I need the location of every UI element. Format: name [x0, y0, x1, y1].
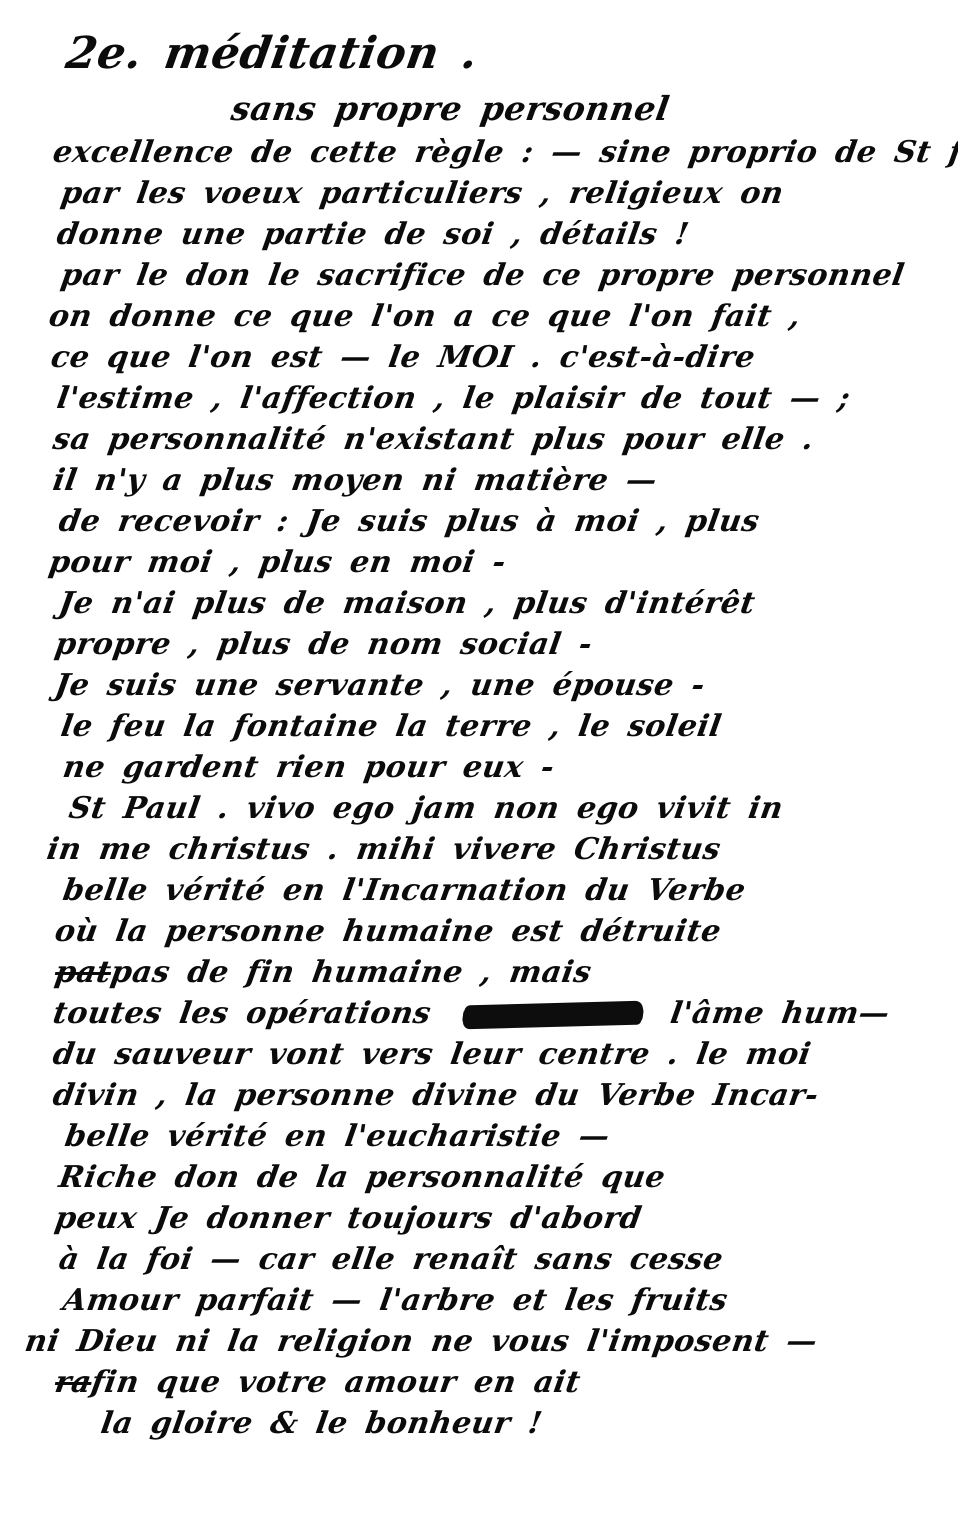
manuscript-line: peux Je donner toujours d'abord: [52, 1198, 958, 1239]
manuscript-line: Je n'ai plus de maison , plus d'intérêt: [56, 583, 958, 624]
manuscript-line: ni Dieu ni la religion ne vous l'imposen…: [22, 1321, 958, 1362]
ink-scribble-strikethrough: [461, 1003, 644, 1028]
manuscript-line: on donne ce que l'on a ce que l'on fait …: [46, 296, 958, 337]
manuscript-line: in me christus . mihi vivere Christus: [44, 829, 958, 870]
manuscript-line: ce que l'on est — le MOI . c'est-à-dire: [48, 337, 958, 378]
manuscript-line: rafin que votre amour en ait: [52, 1362, 958, 1403]
manuscript-line: de recevoir : Je suis plus à moi , plus: [56, 501, 958, 542]
title-line: 2e. méditation .: [62, 26, 958, 82]
manuscript-line: toutes les opérations l'âme hum—: [50, 993, 958, 1034]
manuscript-line: belle vérité en l'Incarnation du Verbe: [60, 870, 958, 911]
manuscript-line: propre , plus de nom social -: [52, 624, 958, 665]
manuscript-line: pour moi , plus en moi -: [46, 542, 958, 583]
manuscript-text-block: 2e. méditation .sans propre personnelexc…: [0, 26, 958, 1444]
manuscript-line: ne gardent rien pour eux -: [60, 747, 958, 788]
manuscript-line: du sauveur vont vers leur centre . le mo…: [50, 1034, 958, 1075]
manuscript-line: Riche don de la personnalité que: [56, 1157, 958, 1198]
struck-word: ra: [52, 1365, 94, 1400]
manuscript-line: St Paul . vivo ego jam non ego vivit in: [66, 788, 958, 829]
manuscript-line: par les voeux particuliers , religieux o…: [58, 173, 958, 214]
struck-word: pat: [52, 955, 113, 990]
manuscript-line: la gloire & le bonheur !: [98, 1403, 958, 1444]
subtitle-line: sans propre personnel: [228, 86, 958, 132]
manuscript-line: par le don le sacrifice de ce propre per…: [58, 255, 958, 296]
manuscript-line: Amour parfait — l'arbre et les fruits: [60, 1280, 958, 1321]
manuscript-line: l'estime , l'affection , le plaisir de t…: [54, 378, 958, 419]
manuscript-line: le feu la fontaine la terre , le soleil: [58, 706, 958, 747]
manuscript-line: belle vérité en l'eucharistie —: [62, 1116, 958, 1157]
manuscript-line: patpas de fin humaine , mais: [52, 952, 958, 993]
manuscript-line: Je suis une servante , une épouse -: [52, 665, 958, 706]
manuscript-line: excellence de cette règle : — sine propr…: [50, 132, 958, 173]
manuscript-line: il n'y a plus moyen ni matière —: [50, 460, 958, 501]
manuscript-page: 2e. méditation .sans propre personnelexc…: [0, 0, 958, 1527]
manuscript-line: divin , la personne divine du Verbe Inca…: [50, 1075, 958, 1116]
manuscript-line: où la personne humaine est détruite: [52, 911, 958, 952]
manuscript-line: à la foi — car elle renaît sans cesse: [56, 1239, 958, 1280]
manuscript-line: donne une partie de soi , détails !: [54, 214, 958, 255]
manuscript-line: sa personnalité n'existant plus pour ell…: [50, 419, 958, 460]
